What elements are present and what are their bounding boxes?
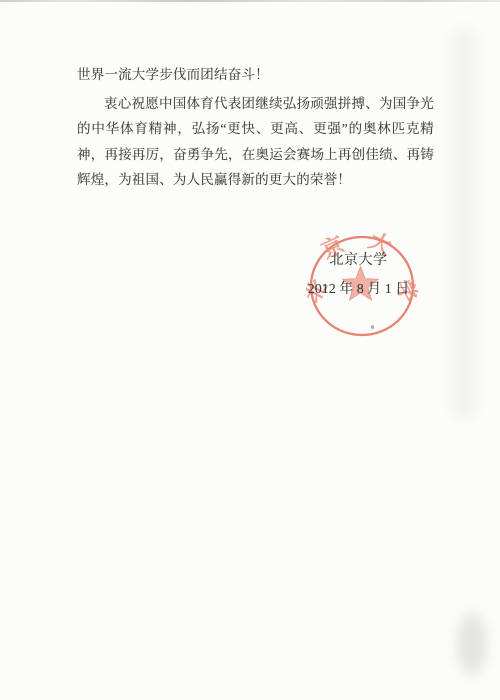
signature-block: 北京大学 2012 年 8 月 1 日 <box>300 252 417 298</box>
letter-body: 世界一流大学步伐而团结奋斗！ 衷心祝愿中国体育代表团继续弘扬顽强拼搏、为国争光 … <box>77 62 434 193</box>
scanned-letter-page: 世界一流大学步伐而团结奋斗！ 衷心祝愿中国体育代表团继续弘扬顽强拼搏、为国争光 … <box>0 0 500 700</box>
signature-date: 2012 年 8 月 1 日 <box>300 281 417 298</box>
letter-line: 神，再接再厉，奋勇争先，在奥运会赛场上再创佳绩、再铸 <box>77 142 434 168</box>
signature-organization: 北京大学 <box>300 252 417 269</box>
letter-line: 衷心祝愿中国体育代表团继续弘扬顽强拼搏、为国争光 <box>77 91 434 117</box>
scan-band-artifact <box>451 28 477 418</box>
letter-line: 辉煌，为祖国、为人民赢得新的更大的荣誉！ <box>77 167 434 193</box>
scan-edge-artifact <box>0 0 500 2</box>
letter-line-closing-previous-paragraph: 世界一流大学步伐而团结奋斗！ <box>77 62 434 88</box>
letter-line: 的中华体育精神，弘扬“更快、更高、更强”的奥林匹克精 <box>77 116 434 142</box>
scan-smudge-artifact <box>457 612 487 676</box>
